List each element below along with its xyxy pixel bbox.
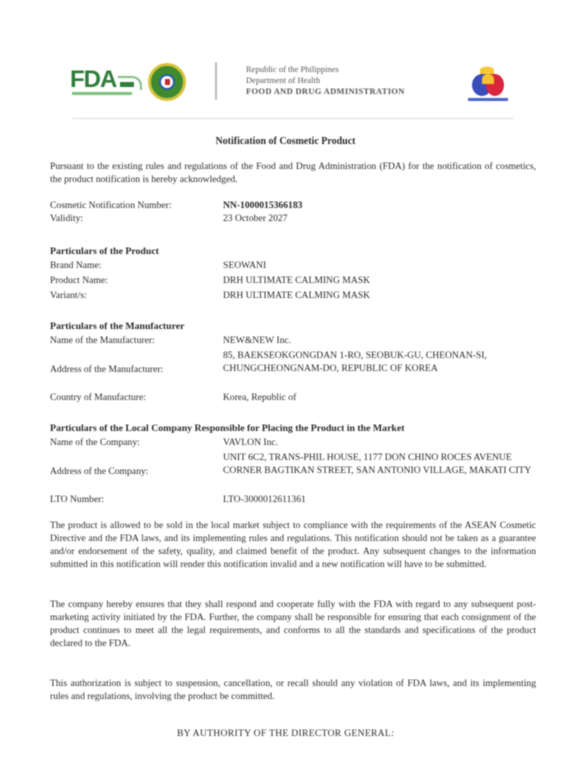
product-section-heading: Particulars of the Product <box>50 246 159 257</box>
doh-seal-icon <box>148 63 186 101</box>
company-name-label: Name of the Company: <box>50 437 220 450</box>
compliance-paragraph: The product is allowed to be sold in the… <box>50 519 536 571</box>
product-name-value: DRH ULTIMATE CALMING MASK <box>223 275 536 288</box>
authority-line: BY AUTHORITY OF THE DIRECTOR GENERAL: <box>0 728 571 739</box>
notification-document: FDA Republic of the Philippines Departme… <box>0 0 571 761</box>
fda-tagline-bar <box>72 92 132 95</box>
lto-number-label: LTO Number: <box>50 494 220 507</box>
authorization-paragraph: This authorization is subject to suspens… <box>50 677 536 703</box>
post-marketing-paragraph: The company hereby ensures that they sha… <box>50 598 536 650</box>
header-divider <box>215 62 217 100</box>
agency-department: Department of Health <box>246 75 405 86</box>
agency-block: Republic of the Philippines Department o… <box>246 64 405 97</box>
fda-mark-icon <box>120 82 134 87</box>
manufacturer-address-label: Address of the Manufacturer: <box>50 364 220 377</box>
company-name-value: VAVLON Inc. <box>223 437 536 450</box>
bagong-pilipinas-logo-icon <box>466 62 510 102</box>
variant-value: DRH ULTIMATE CALMING MASK <box>223 290 536 303</box>
brand-name-value: SEOWANI <box>223 260 536 273</box>
variant-label: Variant/s: <box>50 290 220 303</box>
agency-country: Republic of the Philippines <box>246 64 405 75</box>
header-rule <box>72 118 514 119</box>
logo-sun <box>482 74 494 84</box>
manufacturer-address-value: 85, BAEKSEOKGONGDAN 1-RO, SEOBUK-GU, CHE… <box>223 350 536 375</box>
fda-logo-text: FDA <box>70 66 116 94</box>
validity-label: Validity: <box>50 213 220 226</box>
company-address-label: Address of the Company: <box>50 466 220 479</box>
lto-number-value: LTO-3000012611361 <box>223 494 536 507</box>
fda-logo-icon: FDA <box>70 66 142 98</box>
validity-value: 23 October 2027 <box>223 213 536 226</box>
document-title: Notification of Cosmetic Product <box>0 136 571 147</box>
notification-number-label: Cosmetic Notification Number: <box>50 200 220 213</box>
product-name-label: Product Name: <box>50 275 220 288</box>
brand-name-label: Brand Name: <box>50 260 220 273</box>
logo-caption-bar <box>468 98 508 101</box>
manufacturer-section-heading: Particulars of the Manufacturer <box>50 321 185 332</box>
manufacturer-name-label: Name of the Manufacturer: <box>50 335 220 348</box>
company-address-value: UNIT 6C2, TRANS-PHIL HOUSE, 1177 DON CHI… <box>223 452 536 477</box>
country-label: Country of Manufacture: <box>50 392 220 405</box>
notification-number-value: NN-1000015366183 <box>223 200 536 213</box>
manufacturer-name-value: NEW&NEW Inc. <box>223 335 536 348</box>
local-company-section-heading: Particulars of the Local Company Respons… <box>50 423 404 434</box>
seal-shield-icon <box>159 74 175 90</box>
country-value: Korea, Republic of <box>223 392 536 405</box>
agency-name: FOOD AND DRUG ADMINISTRATION <box>246 86 405 97</box>
letterhead: FDA Republic of the Philippines Departme… <box>0 58 571 106</box>
intro-paragraph: Pursuant to the existing rules and regul… <box>50 160 536 186</box>
